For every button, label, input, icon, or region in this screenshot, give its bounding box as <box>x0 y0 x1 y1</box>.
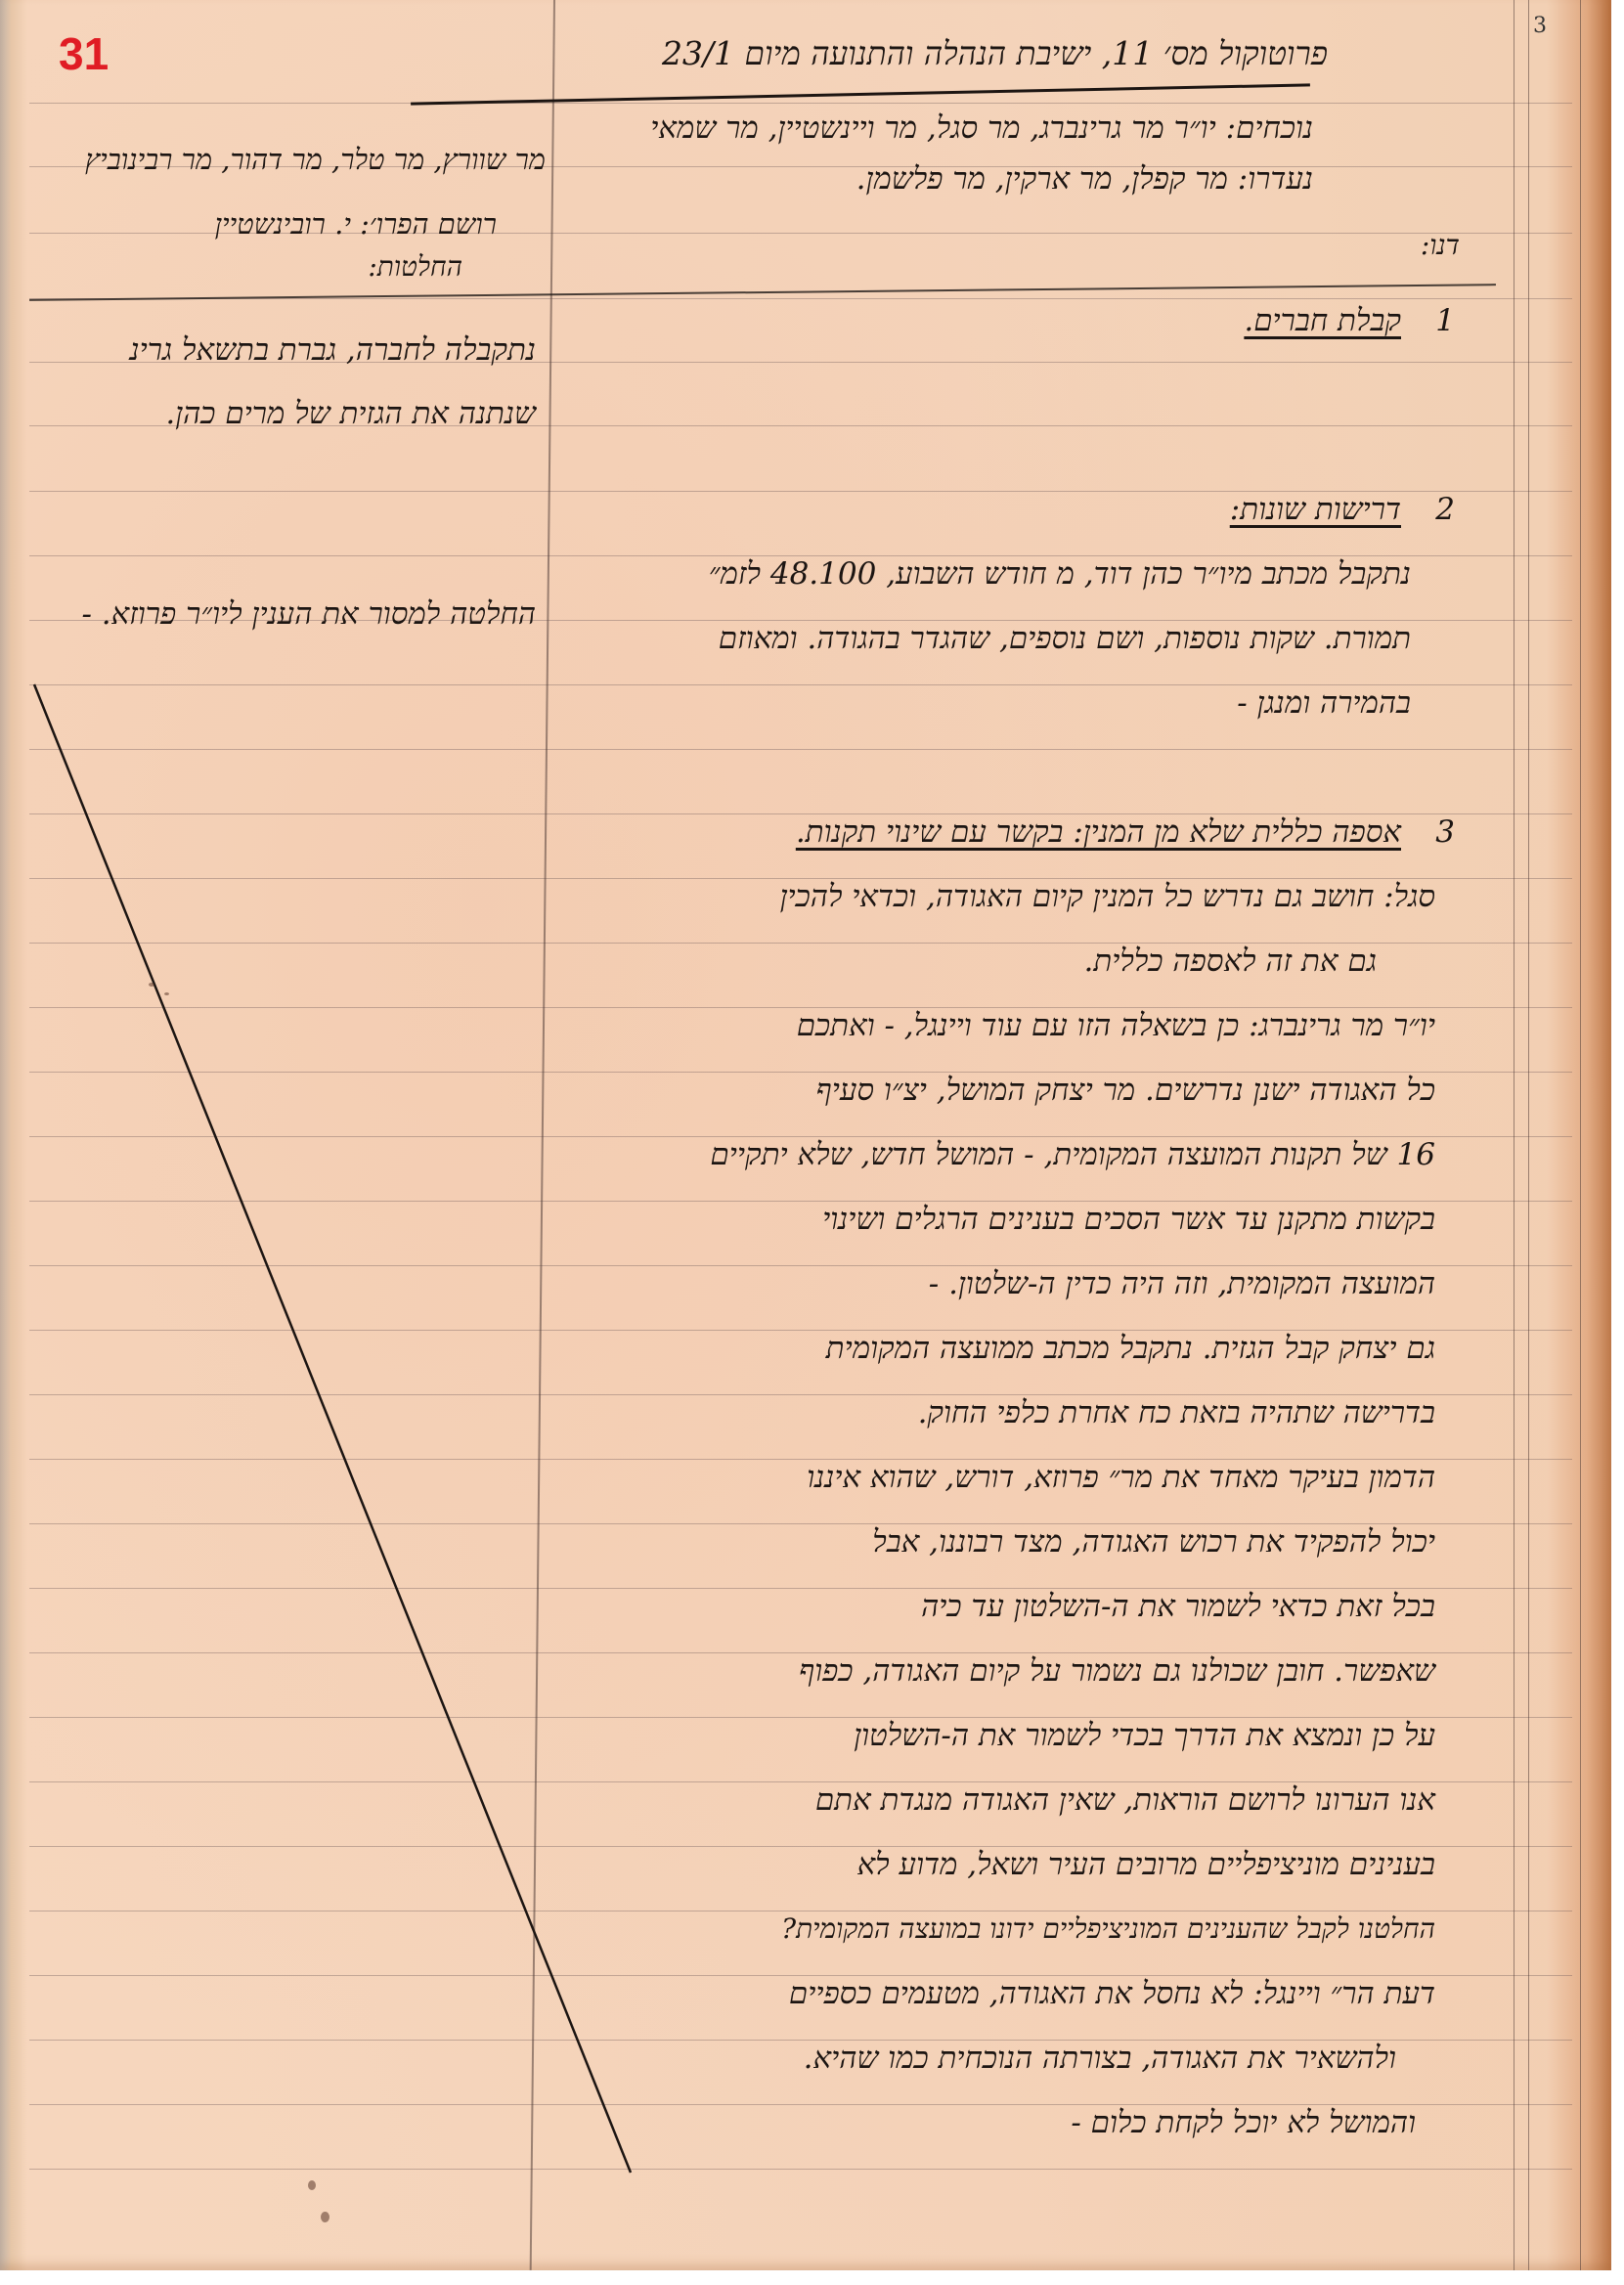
ink-speck <box>308 2180 316 2190</box>
item-3-line: בכל זאת כדאי לשמור את ה-השלטון עד כיה <box>921 1574 1435 1639</box>
item-2-line: בהמירה ומנגן - <box>1237 671 1411 735</box>
item-3-line: החלטנו לקבל שהענינים המוניציפליים ידונו … <box>781 1897 1435 1961</box>
item-2-number: 2 <box>1435 477 1455 542</box>
page-number: 31 <box>59 27 109 80</box>
item-3-line: הדמון בעיקר מאחד את מר״ פרוזא, דורש, שהו… <box>807 1445 1435 1510</box>
decision-1-line-1: נתקבלה לחברה, גברת בתשאל גרינ <box>129 318 536 382</box>
decisions-label: החלטות: <box>368 235 462 299</box>
right-margin-line-3 <box>1580 0 1581 2270</box>
item-1-number: 1 <box>1435 288 1455 353</box>
item-3-line: 16 של תקנות המועצה המקומית, - המושל חדש,… <box>710 1122 1435 1187</box>
right-margin-line-2 <box>1528 0 1529 2270</box>
item-3-line: יכול להפקיד את רכוש האגודה, מצד רבוננו, … <box>872 1510 1435 1574</box>
ink-speck <box>164 992 169 995</box>
ink-speck <box>321 2212 329 2222</box>
item-1-heading: קבלת חברים. <box>1244 288 1401 353</box>
decision-1-line-2: שנתנה את הגזית של מרים כהן. <box>165 381 536 446</box>
item-3-line: ולהשאיר את האגודה, בצורתה הנוכחית כמו שה… <box>804 2026 1396 2090</box>
item-3-line: דעת הר״ ויינגל: לא נחסל את האגודה, מטעמי… <box>789 1961 1435 2026</box>
item-3-line: המועצה המקומית, וזה היה כדין ה-שלטון. - <box>929 1252 1435 1316</box>
corner-mark: 3 <box>1533 14 1547 38</box>
item-2-line: תמורת. שקות נוספות, ושם נוספים, שהגדר בה… <box>719 606 1411 671</box>
decision-2-line-1: החלטה למסור את הענין ליו״ר פרוזא. - <box>81 582 536 646</box>
item-3-line: אנו הערונו לרושם הוראות, שאין האגודה מנג… <box>815 1768 1435 1832</box>
item-3-line: על כן ונמצא את הדרך בכדי לשמור את ה-השלט… <box>854 1703 1435 1768</box>
item-2-heading-text: דרישות שונות: <box>1230 492 1401 527</box>
item-3-line: בענינים מוניציפליים מרובים העיר ושאל, מד… <box>857 1832 1435 1897</box>
right-margin-line <box>1514 0 1514 2270</box>
item-3-heading-text: אספה כללית שלא מן המנין: בקשר עם שינוי ת… <box>796 814 1401 850</box>
item-3-line: גם את זה לאספה כללית. <box>1084 929 1378 993</box>
agenda-label: דנו: <box>1421 213 1460 278</box>
item-3-line: שאפשר. חובן שכולנו גם נשמור על קיום האגו… <box>799 1639 1435 1703</box>
ink-speck <box>149 983 154 987</box>
item-2-heading: דרישות שונות: <box>1230 477 1401 542</box>
item-3-line: בקשות מתקנן עד אשר הסכים בענינים הרגלים … <box>822 1187 1435 1252</box>
notebook-page: 31 3 פרוטוקול מס׳ 11, ישיבת הנהלה והתנוע… <box>0 0 1611 2270</box>
item-3-line: כל האגודה ישנן נדרשים. מר יצחק המושל, יצ… <box>816 1058 1435 1122</box>
item-3-heading: אספה כללית שלא מן המנין: בקשר עם שינוי ת… <box>796 800 1401 864</box>
absent-line: נעדרו: מר קפלן, מר ארקין, מר פלשמן. <box>856 147 1313 211</box>
item-3-line: והמושל לא יוכל לקחת כלום - <box>1071 2090 1416 2155</box>
item-3-line: יו״ר מר גרינברג: כן בשאלה הזו עם עוד ויי… <box>797 993 1435 1058</box>
document-title: פרוטוקול מס׳ 11, ישיבת הנהלה והתנועה מיו… <box>662 22 1328 86</box>
item-3-number: 3 <box>1435 800 1455 864</box>
item-3-line: סגל: חושב גם נדרש כל המנין קיום האגודה, … <box>780 864 1435 929</box>
item-2-line: נתקבל מכתב מיו״ר כהן דוד, מ חודש השבוע, … <box>709 542 1411 606</box>
item-3-line: בדרישה שתהיה בזאת כח אחרת כלפי החוק. <box>918 1381 1435 1445</box>
guests-line: מר שוורץ, מר טלר, מר דהור, מר רבינוביץ <box>85 127 546 192</box>
item-1-heading-text: קבלת חברים. <box>1244 303 1401 338</box>
item-3-line: גם יצחק קבל הגזית. נתקבל מכתב ממועצה המק… <box>826 1316 1435 1381</box>
